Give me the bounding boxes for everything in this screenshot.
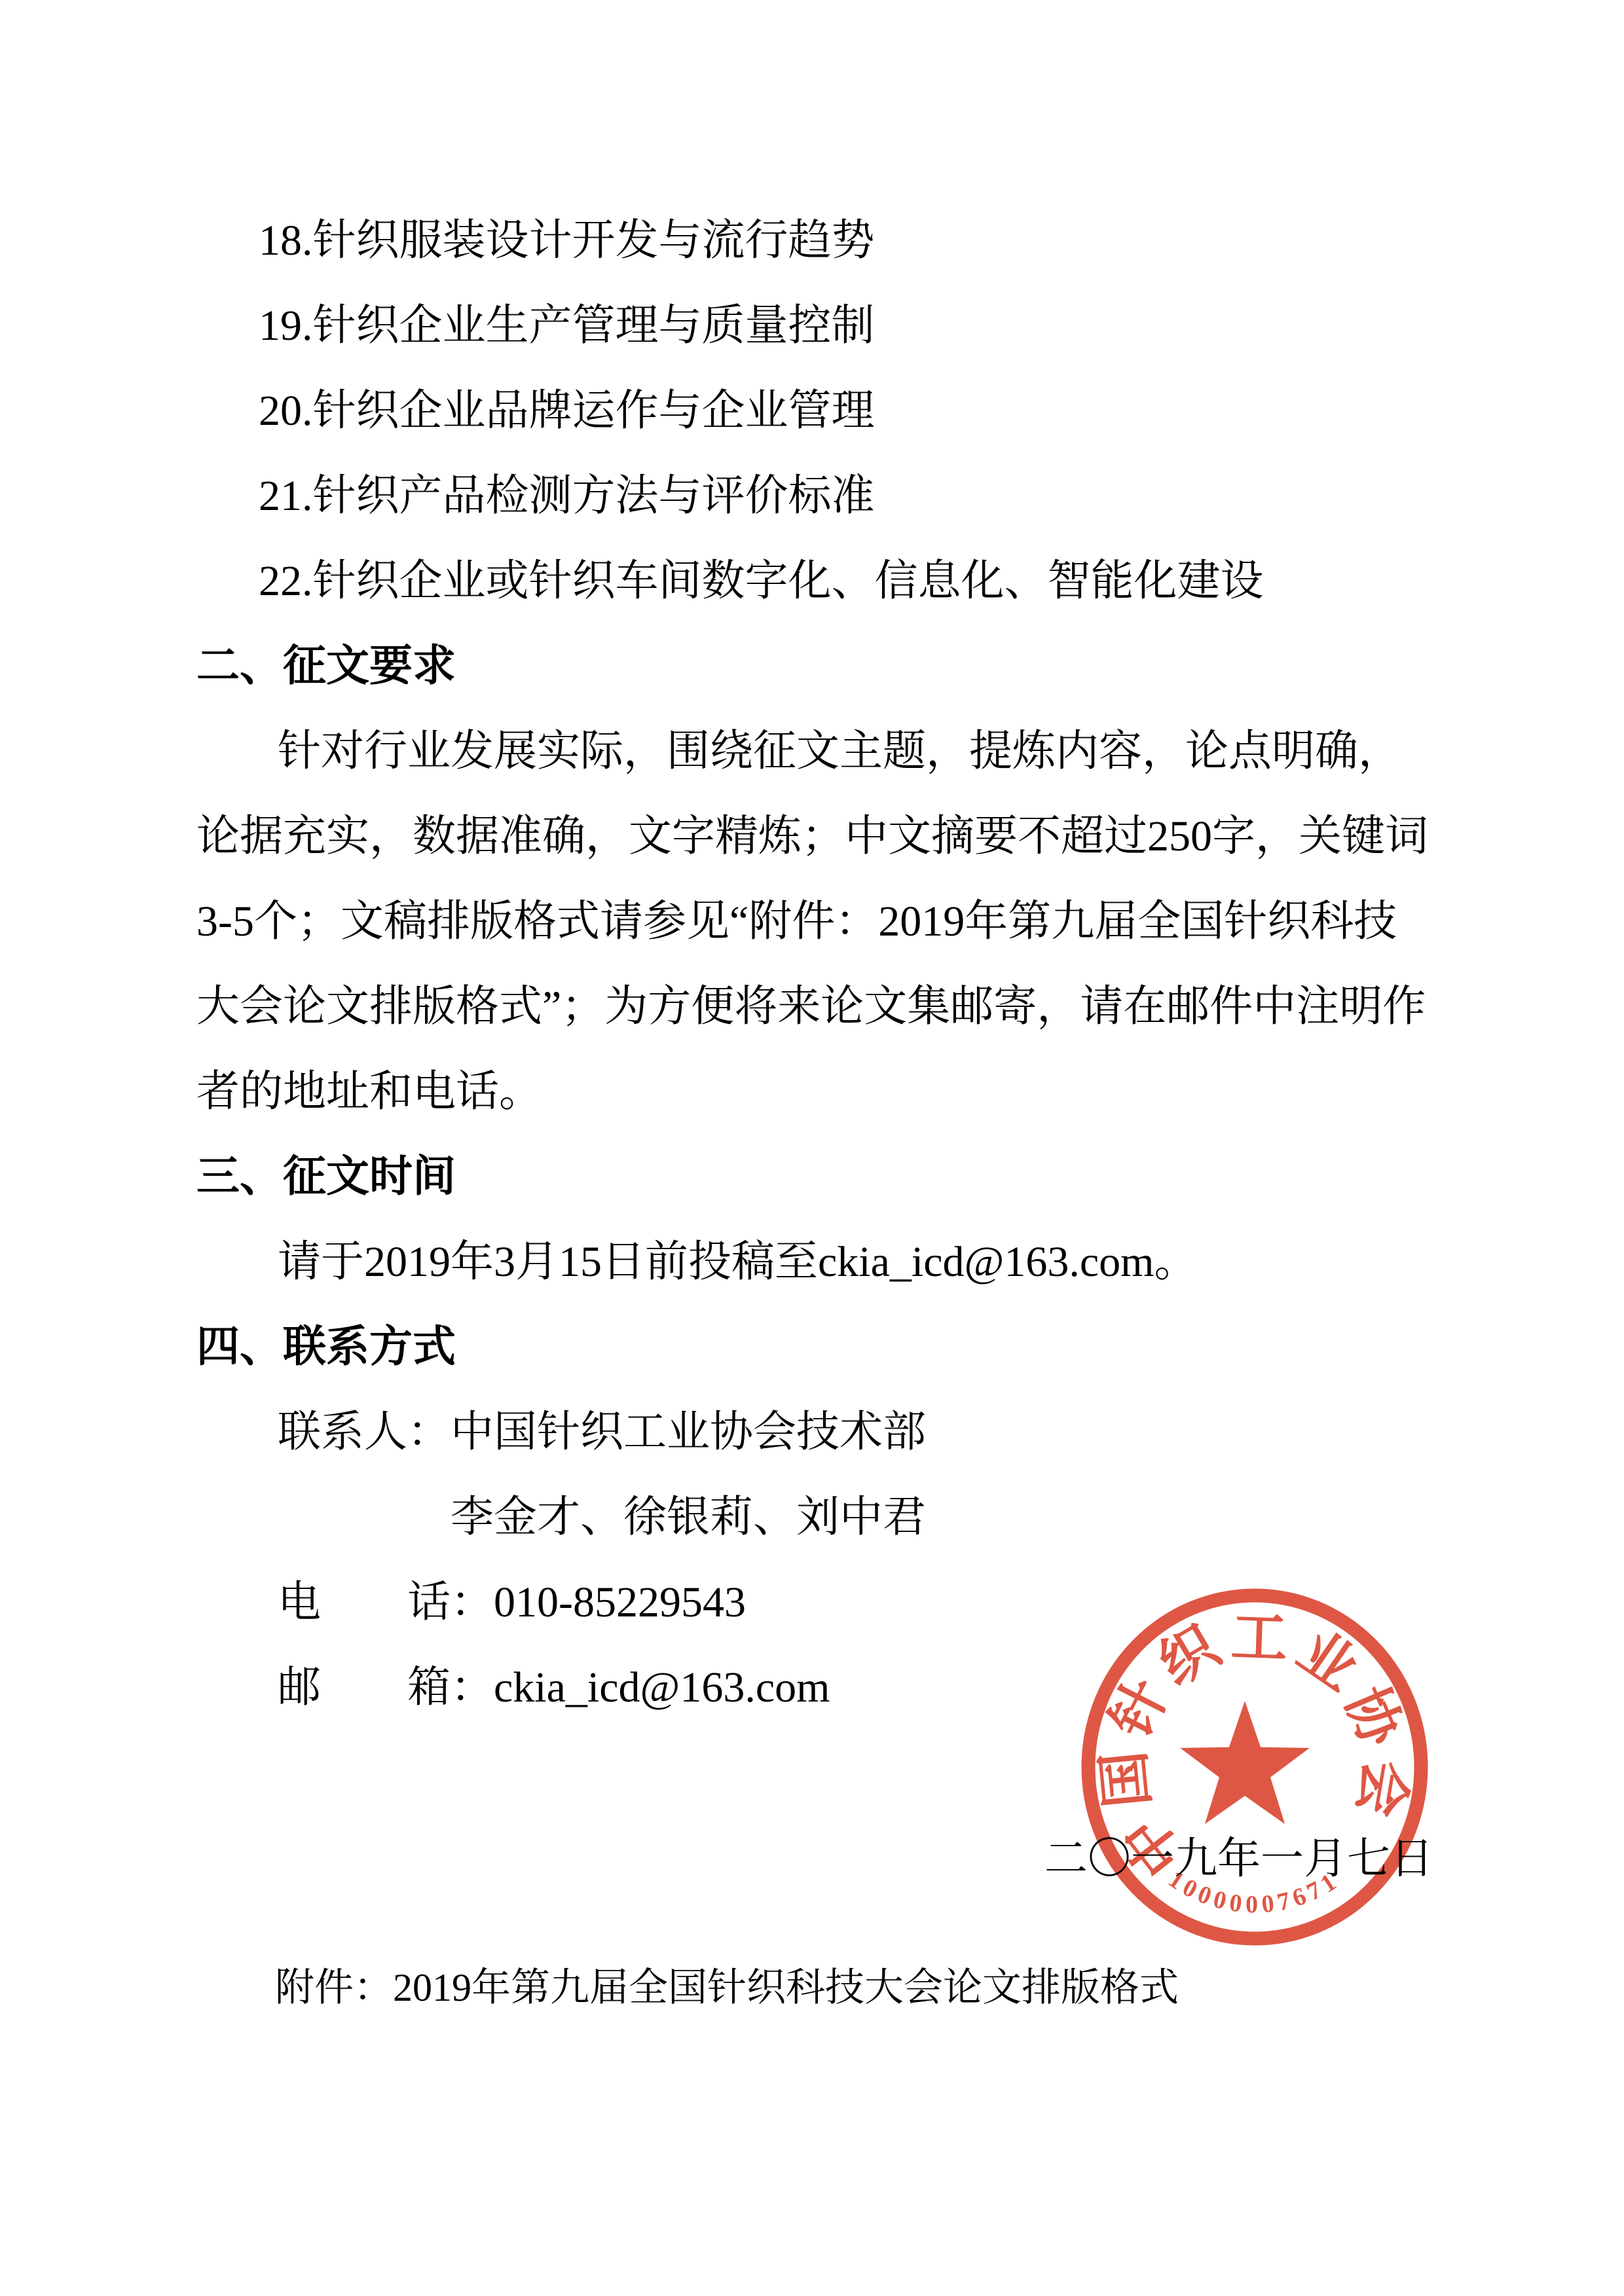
section-heading-requirements: 二、征文要求 [196, 624, 1428, 709]
paragraph-line: 者的地址和电话。 [196, 1049, 1428, 1135]
attachment-line: 附件：2019年第九届全国针织科技大会论文排版格式 [275, 1964, 1179, 2011]
date-line: 二〇一九年一月七日 [1044, 1832, 1433, 1887]
paragraph-line: 大会论文排版格式”；为方便将来论文集邮寄，请在邮件中注明作 [196, 964, 1428, 1049]
seal-org-char: 会 [1346, 1755, 1418, 1821]
topic-item: 19.针织企业生产管理与质量控制 [196, 283, 1428, 369]
paragraph-line: 3-5个；文稿排版格式请参见“附件：2019年第九届全国针织科技 [196, 879, 1428, 964]
contact-colon: ： [407, 1408, 451, 1456]
paragraph-line: 论据充实，数据准确，文字精炼；中文摘要不超过250字，关键词 [196, 794, 1428, 879]
topic-list: 18.针织服装设计开发与流行趋势19.针织企业生产管理与质量控制20.针织企业品… [196, 198, 1428, 624]
requirements-paragraph: 针对行业发展实际，围绕征文主题，提炼内容，论点明确，论据充实，数据准确，文字精炼… [196, 709, 1428, 1135]
section-heading-deadline: 三、征文时间 [196, 1135, 1428, 1220]
document-page: 18.针织服装设计开发与流行趋势19.针织企业生产管理与质量控制20.针织企业品… [0, 0, 1624, 2296]
topic-item: 20.针织企业品牌运作与企业管理 [196, 369, 1428, 454]
email-colon: ： [451, 1664, 494, 1711]
document-body: 18.针织服装设计开发与流行趋势19.针织企业生产管理与质量控制20.针织企业品… [196, 198, 1428, 1730]
phone-line: 电话：010-85229543 [196, 1560, 1428, 1645]
paragraph-line: 针对行业发展实际，围绕征文主题，提炼内容，论点明确， [196, 709, 1428, 794]
contact-value: 中国针织工业协会技术部 [451, 1408, 926, 1456]
email-line: 邮箱：ckia_icd@163.com [196, 1645, 1428, 1730]
contact-names-line: 李金才、徐银莉、刘中君 [196, 1475, 1428, 1560]
topic-item: 22.针织企业或针织车间数字化、信息化、智能化建设 [196, 539, 1428, 624]
phone-value: 010-85229543 [494, 1578, 746, 1626]
phone-label: 电话 [278, 1560, 451, 1645]
contact-label: 联系人 [278, 1408, 407, 1456]
email-label: 邮箱 [278, 1645, 451, 1730]
topic-item: 18.针织服装设计开发与流行趋势 [196, 198, 1428, 283]
email-value: ckia_icd@163.com [494, 1664, 830, 1711]
phone-colon: ： [451, 1578, 494, 1626]
section-heading-contact: 四、联系方式 [196, 1305, 1428, 1390]
topic-item: 21.针织产品检测方法与评价标准 [196, 454, 1428, 539]
deadline-line: 请于2019年3月15日前投稿至ckia_icd@163.com。 [196, 1220, 1428, 1305]
seal-org-char: 国 [1092, 1748, 1160, 1810]
contact-person-line: 联系人：中国针织工业协会技术部 [196, 1390, 1428, 1475]
